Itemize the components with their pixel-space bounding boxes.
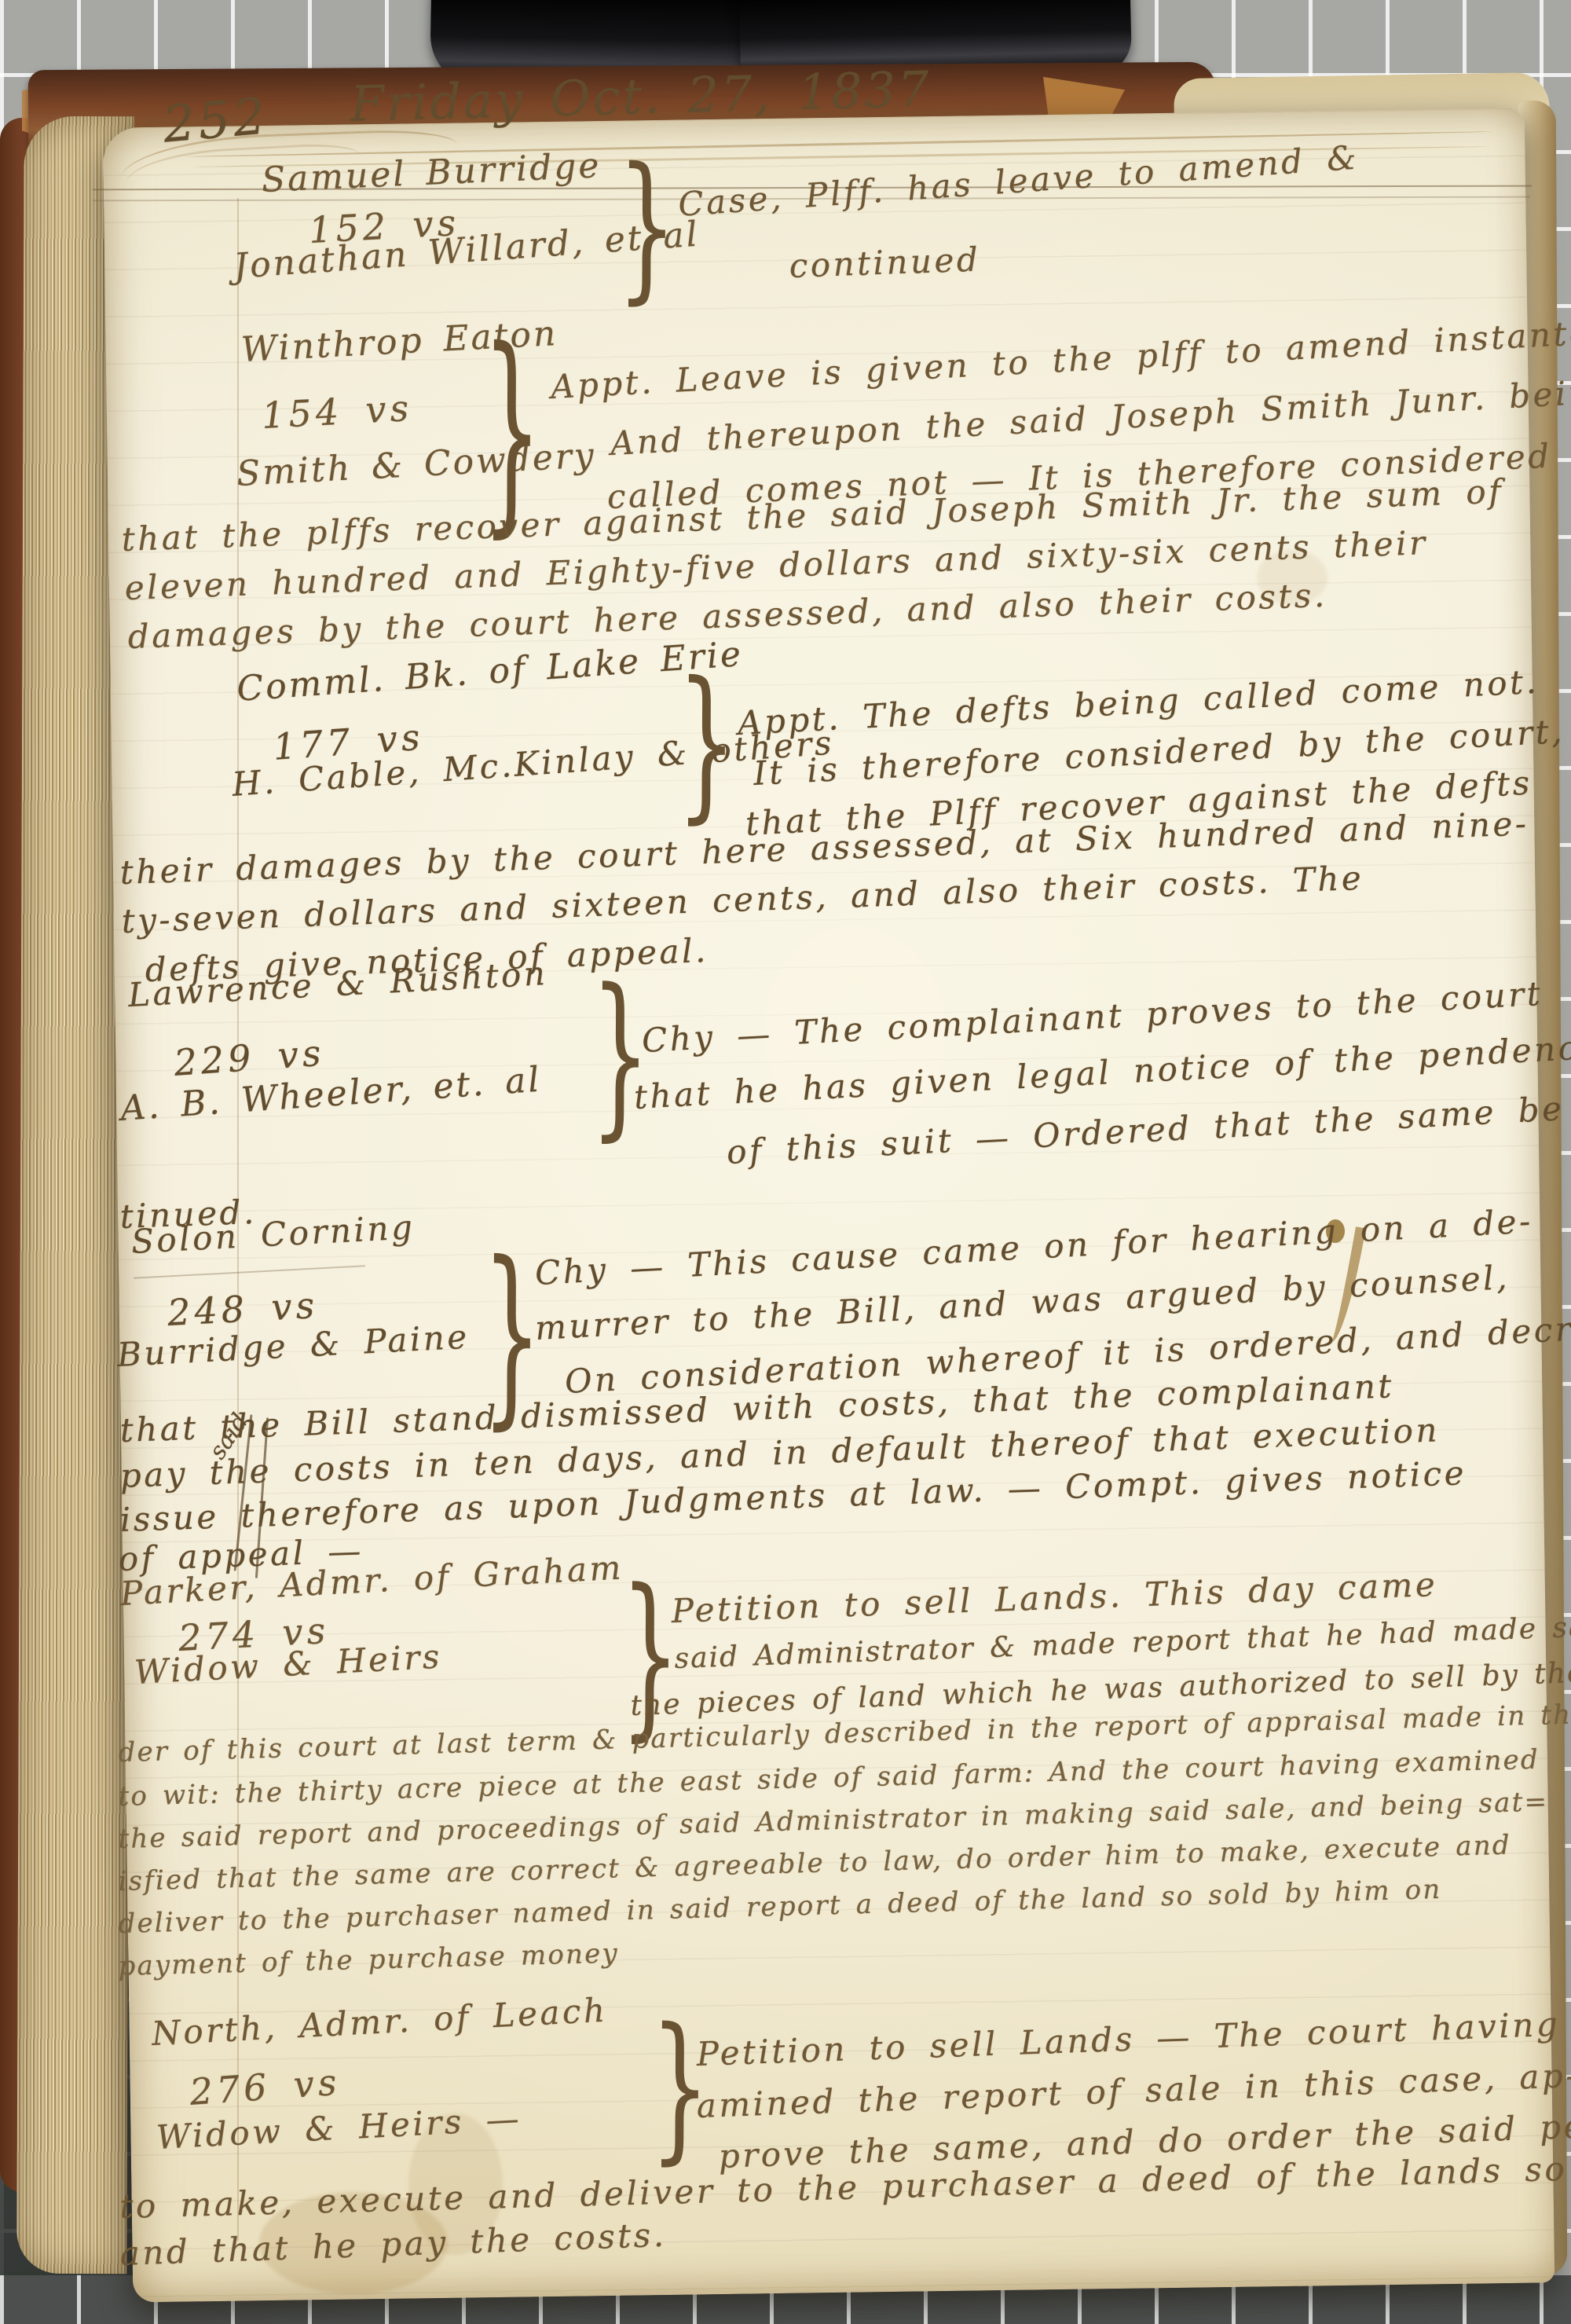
manuscript-photo: 252 Friday Oct. 27, 1837 Samuel Burridge… <box>0 0 1571 2324</box>
entry-case-number: 229 vs <box>173 1035 326 1081</box>
case-brace: } <box>617 156 677 299</box>
case-brace: } <box>676 669 737 819</box>
entry-case-number: 276 vs <box>189 2064 342 2110</box>
date-heading: Friday Oct. 27, 1837 <box>350 65 932 129</box>
entry-order-line: continued <box>789 244 981 283</box>
entry-case-number: 154 vs <box>261 390 413 434</box>
case-brace: } <box>482 333 542 530</box>
page-number: 252 <box>161 91 270 150</box>
entry-case-number: 248 vs <box>167 1287 319 1331</box>
